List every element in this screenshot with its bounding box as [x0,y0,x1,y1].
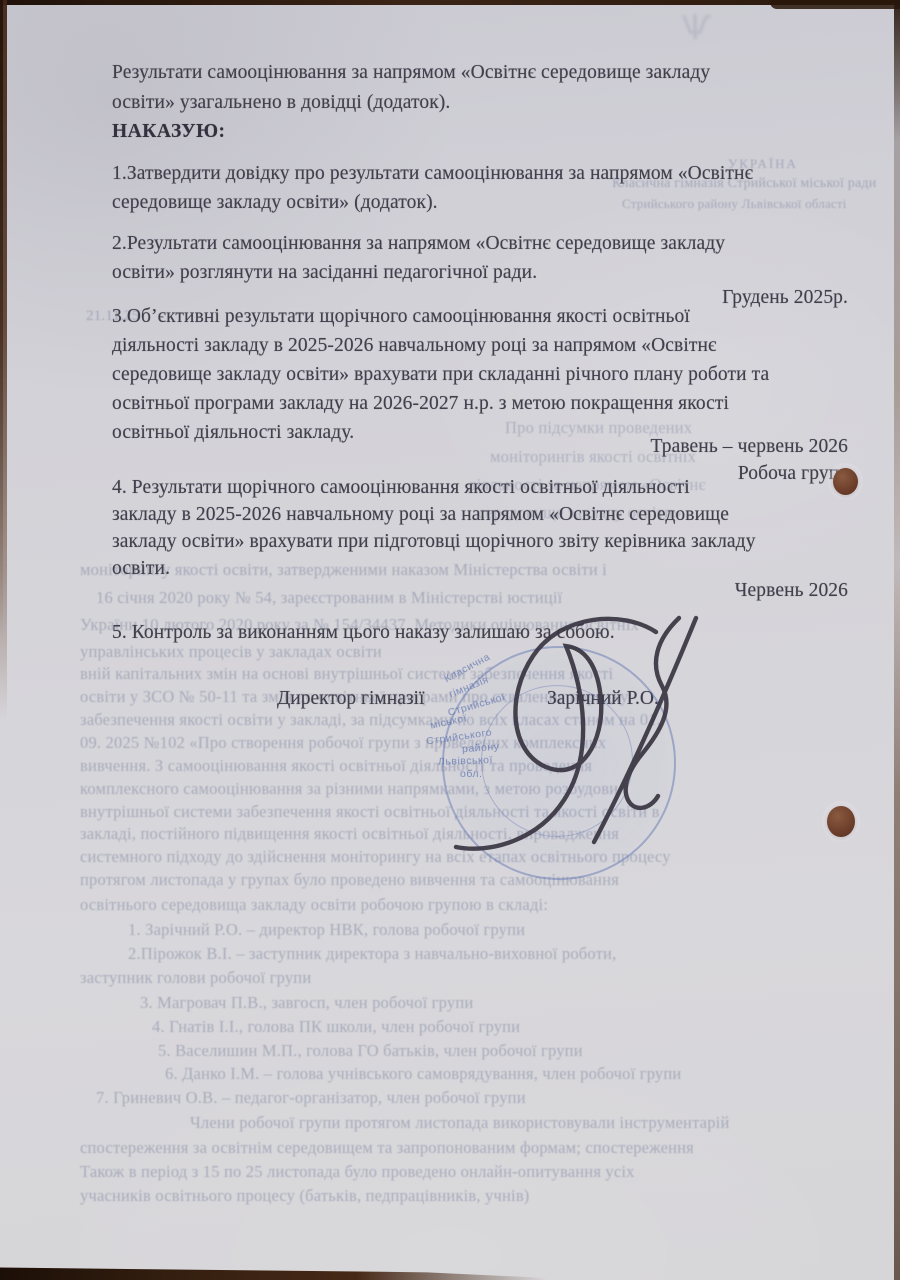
order-text-line: середовище закладу освіти» врахувати при… [112,364,848,386]
scan-edge-right [894,0,900,1280]
order-text-line: діяльності закладу в 2025-2026 навчально… [112,335,848,357]
order-item-1: 1.Затвердити довідку про результати само… [112,163,848,185]
order-text-line: середовище закладу освіти» (додаток). [112,192,848,214]
deadline-date: Травень – червень 2026 [112,436,848,458]
decree-heading: НАКАЗУЮ: [112,121,848,143]
hole-punch-top [833,468,858,495]
order-text-line: закладу в 2025-2026 навчальному році за … [112,504,848,526]
ghost-body-line: Також в період з 15 по 25 листопада було… [80,1162,635,1182]
deadline-date: Червень 2026 [112,580,848,602]
order-item-3: 3.Об’єктивні результати щорічного самооц… [112,306,848,328]
order-item-2: 2.Результати самооцінювання за напрямом … [112,233,848,255]
ghost-body-line: освітнього середовища закладу освіти роб… [80,895,548,915]
order-text-line: освіти» узагальнено в довідці (додаток). [112,92,848,114]
tryzub-watermark-ghost: Ѱ [682,8,711,48]
director-signature [398,604,718,869]
ghost-member-line: 6. Данко І.М. – голова учнівського самов… [165,1064,681,1084]
ghost-member-line: 7. Гриневич О.В. – педагог-організатор, … [96,1088,526,1108]
ghost-body-line: спостереження за освітнім середовищем та… [80,1138,694,1158]
scanned-order-document: { "colors": { "paper": "#d5d4d9", "ink":… [0,0,900,1280]
ghost-member-line: заступник голови робочої групи [80,968,311,988]
scan-edge-top [0,0,900,5]
order-text-line: закладу освіти» врахувати при підготовці… [112,531,848,553]
order-text-line: Результати самооцінювання за напрямом «О… [112,62,848,84]
scan-edge-top-right [770,0,900,9]
ghost-law-line: управлінських процесів у закладах освіти [80,642,382,662]
ghost-body-line: учасників освітнього процесу (батьків, п… [80,1186,530,1206]
order-text-line: освіти» розглянути на засіданні педагогі… [112,262,848,284]
order-item-4: 4. Результати щорічного самооцінювання я… [112,477,848,499]
order-text-line: освітньої програми закладу на 2026-2027 … [112,393,848,415]
order-text-line: освіти. [112,558,848,580]
ghost-member-line: 4. Гнатів І.І., голова ПК школи, член ро… [152,1017,520,1037]
scan-edge-left-core [0,0,3,640]
ghost-member-line: 2.Пірожок В.І. – заступник директора з н… [128,944,616,964]
ghost-body-line: Члени робочої групи протягом листопада в… [190,1113,729,1133]
ghost-member-line: 1. Зарічний Р.О. – директор НВК, голова … [128,920,525,940]
hole-punch-bottom [827,806,855,837]
ghost-member-line: 5. Васелишин М.П., голова ГО батьків, чл… [158,1041,583,1061]
ghost-member-line: 3. Магровач П.В., завгосп, член робочої … [140,993,473,1013]
